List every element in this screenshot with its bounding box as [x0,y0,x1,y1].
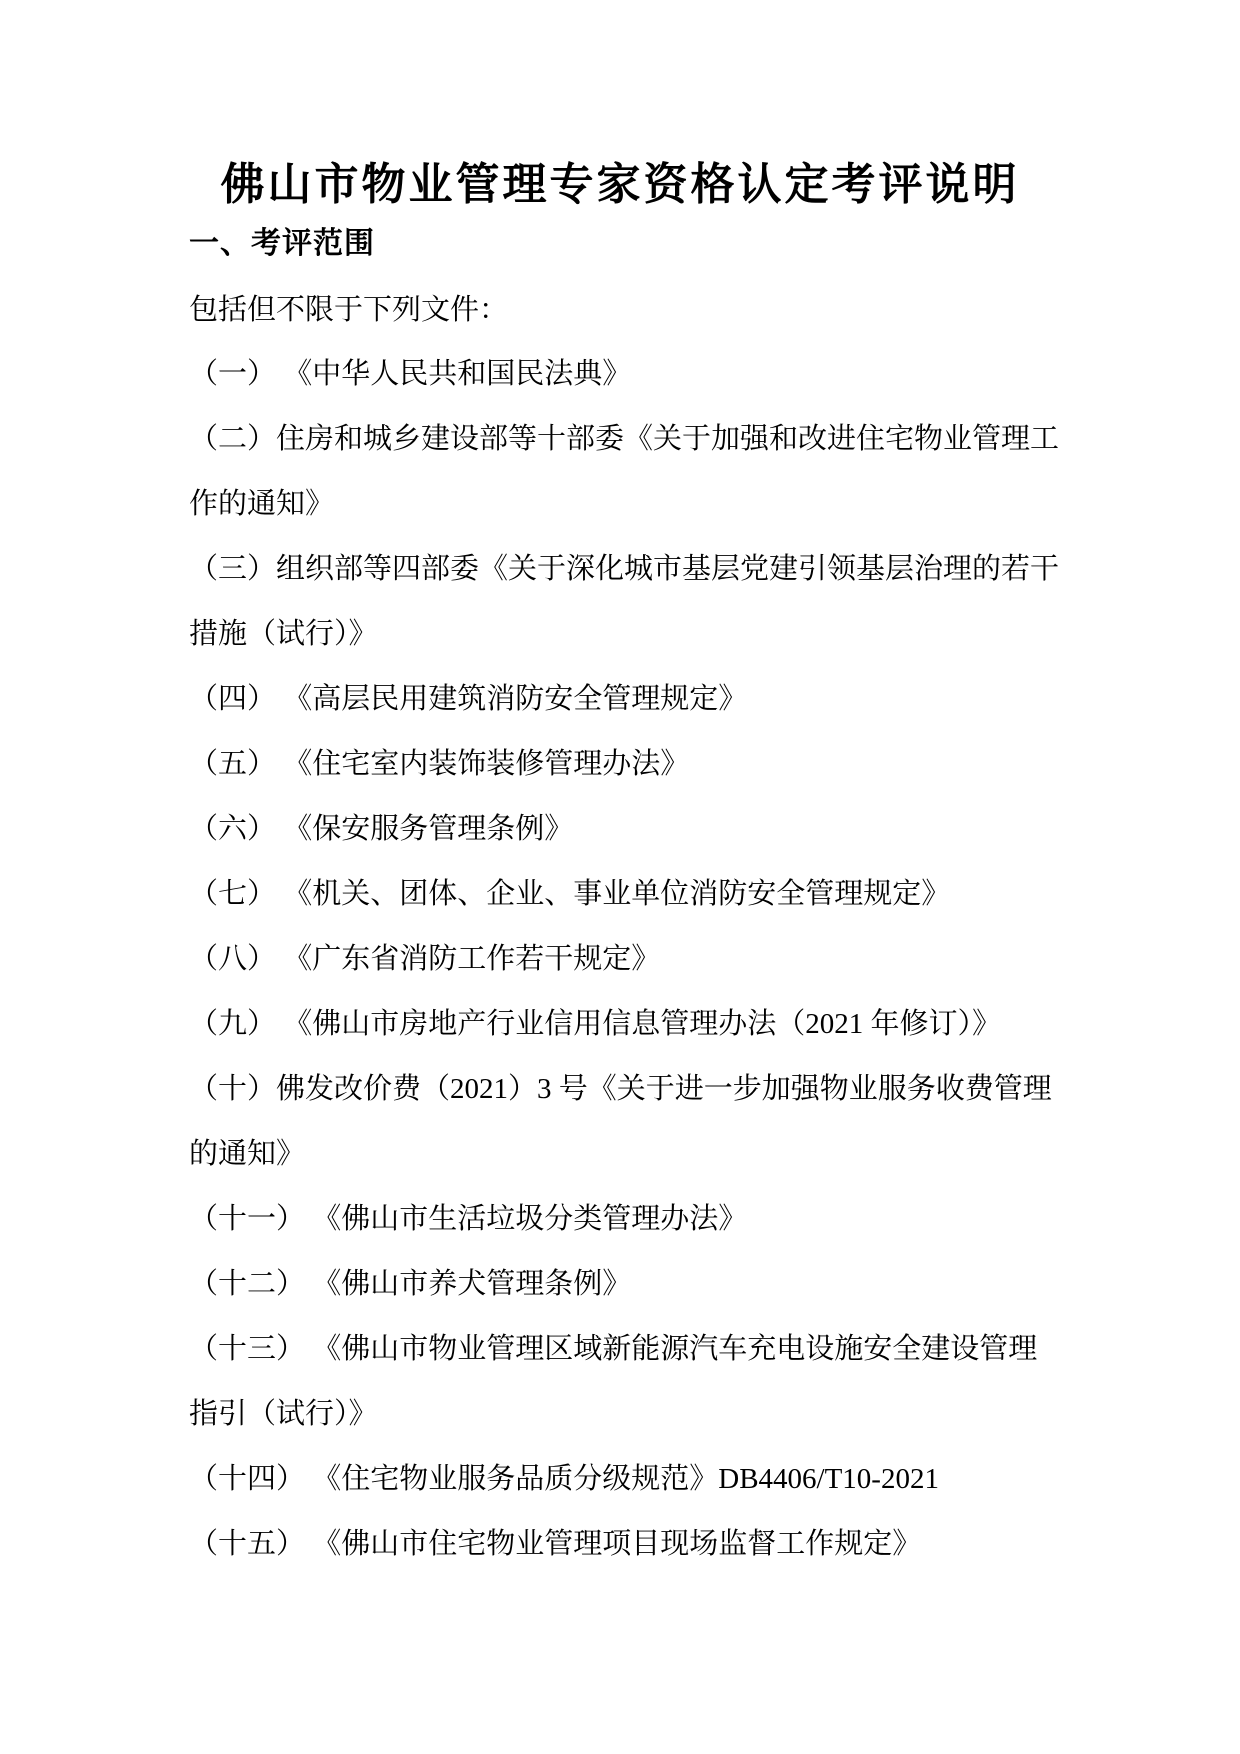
document-page: 佛山市物业管理专家资格认定考评说明 一、考评范围 包括但不限于下列文件： （一）… [0,0,1240,1754]
document-line: 的通知》 [189,1122,1080,1187]
document-line: （十二） 《佛山市养犬管理条例》 [189,1252,1080,1317]
document-line: （十一） 《佛山市生活垃圾分类管理办法》 [189,1187,1080,1252]
section-heading: 一、考评范围 [189,226,375,262]
document-line: （一） 《中华人民共和国民法典》 [189,342,1080,407]
document-line: （十四） 《住宅物业服务品质分级规范》DB4406/T10-2021 [189,1447,1080,1512]
document-line: （二）住房和城乡建设部等十部委《关于加强和改进住宅物业管理工 [189,407,1080,472]
document-line: （六） 《保安服务管理条例》 [189,797,1080,862]
document-line: 措施（试行）》 [189,602,1080,667]
document-line: （八） 《广东省消防工作若干规定》 [189,927,1080,992]
document-line: 作的通知》 [189,472,1080,537]
document-line: （十）佛发改价费（2021）3 号《关于进一步加强物业服务收费管理 [189,1057,1080,1122]
document-line: （四） 《高层民用建筑消防安全管理规定》 [189,667,1080,732]
document-line: （五） 《住宅室内装饰装修管理办法》 [189,732,1080,797]
document-title: 佛山市物业管理专家资格认定考评说明 [0,161,1240,209]
document-line: 指引（试行）》 [189,1382,1080,1447]
intro-paragraph: 包括但不限于下列文件： [189,292,508,328]
document-line: （三）组织部等四部委《关于深化城市基层党建引领基层治理的若干 [189,537,1080,602]
document-line: （七） 《机关、团体、企业、事业单位消防安全管理规定》 [189,862,1080,927]
document-line: （九） 《佛山市房地产行业信用信息管理办法（2021 年修订）》 [189,992,1080,1057]
document-body: （一） 《中华人民共和国民法典》 （二）住房和城乡建设部等十部委《关于加强和改进… [189,342,1080,1577]
document-line: （十五） 《佛山市住宅物业管理项目现场监督工作规定》 [189,1512,1080,1577]
document-line: （十三） 《佛山市物业管理区域新能源汽车充电设施安全建设管理 [189,1317,1080,1382]
